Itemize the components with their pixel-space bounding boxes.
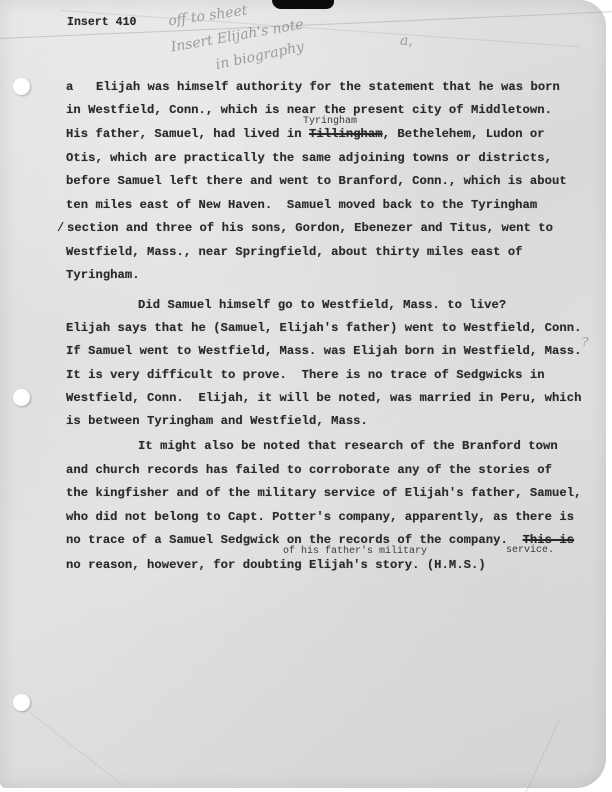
insertion-military: of his father's military [283, 546, 427, 557]
text-line: and church records has failed to corrobo… [66, 463, 552, 477]
text-line: section and three of his sons, Gordon, E… [67, 221, 553, 235]
struck-word: Tillingham [309, 127, 383, 141]
margin-mark: / [57, 221, 64, 235]
punch-hole [13, 694, 30, 711]
text-line: Elijah says that he (Samuel, Elijah's fa… [66, 321, 581, 335]
text-line: is between Tyringham and Westfield, Mass… [66, 414, 368, 428]
punch-hole [13, 78, 30, 95]
text-line: Westfield, Conn. Elijah, it will be note… [66, 391, 581, 405]
text-line: in Westfield, Conn., which is near the p… [66, 103, 552, 117]
ink-blot [272, 0, 334, 9]
text-line: the kingfisher and of the military servi… [66, 486, 581, 500]
insertion-tyringham: Tyringham [303, 116, 357, 127]
pencil-margin-mark: a, [400, 33, 413, 49]
paragraph-marker: a [66, 80, 73, 94]
text-line: Otis, which are practically the same adj… [66, 151, 552, 165]
paper-crease [29, 712, 124, 787]
text-line: It is very difficult to prove. There is … [66, 368, 545, 382]
text-line: Elijah was himself authority for the sta… [96, 80, 560, 94]
text-line: It might also be noted that research of … [138, 439, 558, 453]
pencil-question-mark: ? [582, 335, 588, 349]
insertion-service: service. [506, 545, 554, 556]
text-line: His father, Samuel, had lived in Tilling… [66, 127, 545, 141]
text-line: ten miles east of New Haven. Samuel move… [66, 198, 537, 212]
text-line: Westfield, Mass., near Springfield, abou… [66, 245, 523, 259]
text-line: Tyringham. [66, 268, 140, 282]
text-line: before Samuel left there and went to Bra… [66, 174, 567, 188]
punch-hole [13, 389, 30, 406]
text-line: Did Samuel himself go to Westfield, Mass… [138, 298, 506, 312]
paper-crease [525, 720, 560, 792]
text-line: no reason, however, for doubting Elijah'… [66, 558, 486, 572]
document-header: Insert 410 [67, 16, 137, 29]
text-line: who did not belong to Capt. Potter's com… [66, 510, 574, 524]
text-line: no trace of a Samuel Sedgwick on the rec… [66, 533, 574, 547]
text-line: If Samuel went to Westfield, Mass. was E… [66, 344, 581, 358]
